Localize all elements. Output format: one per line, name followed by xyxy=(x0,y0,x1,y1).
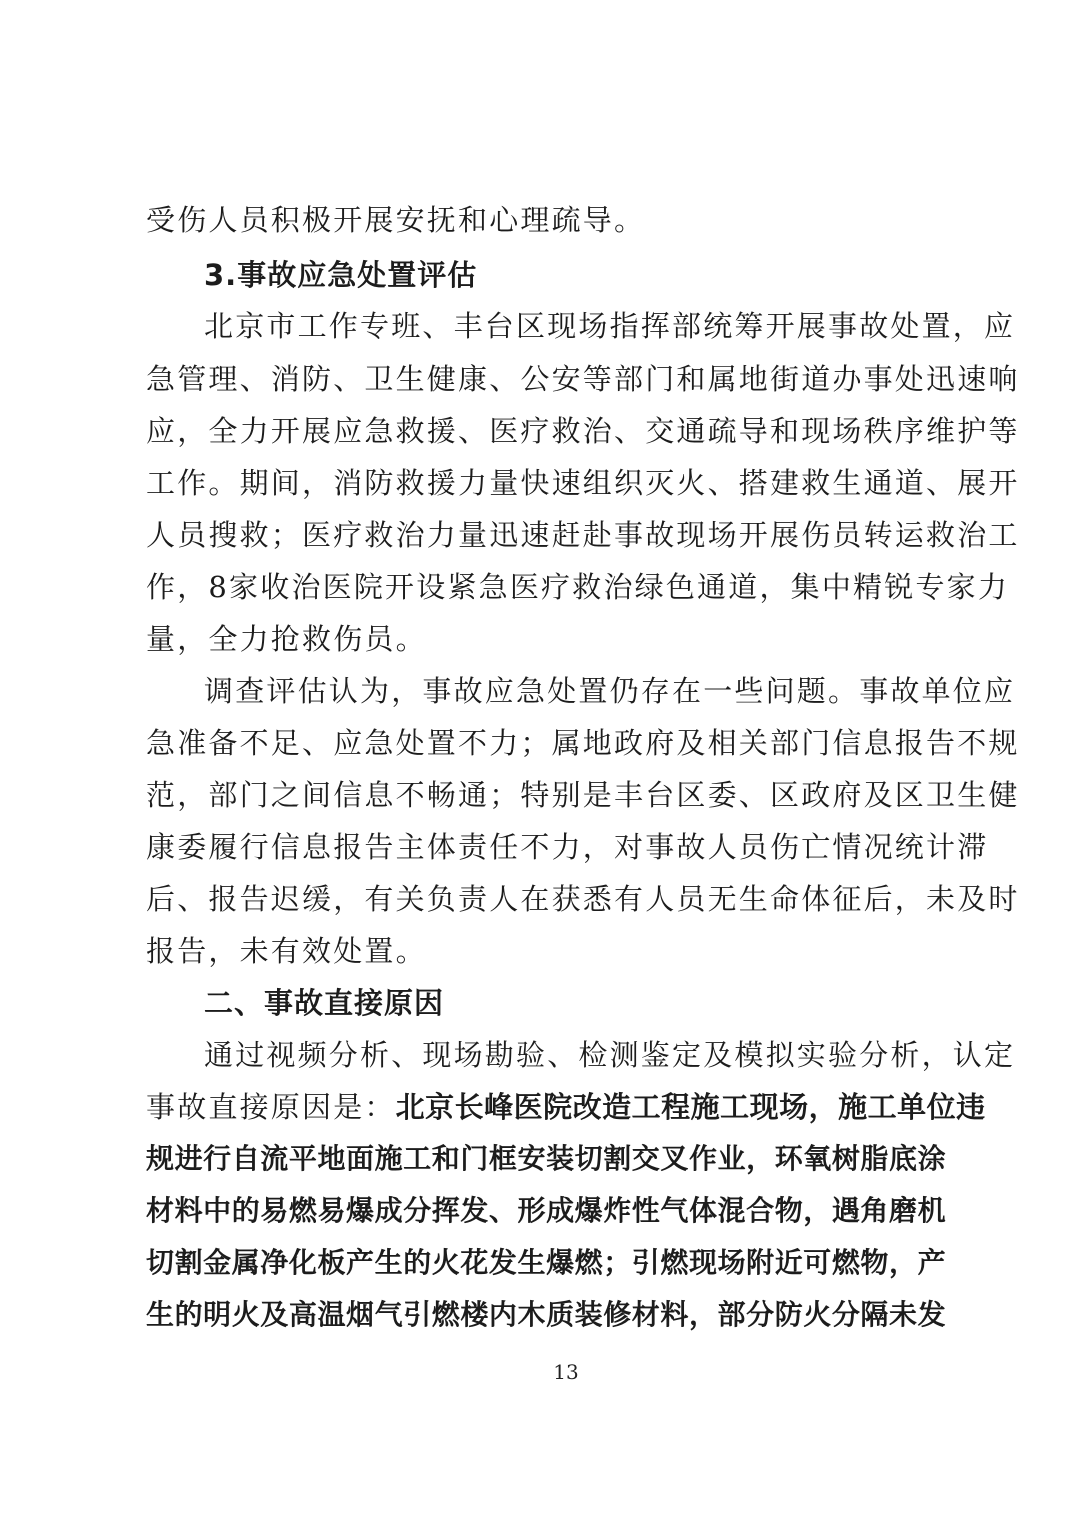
document-page: 受伤人员积极开展安抚和心理疏导。 3.事故应急处置评估 北京市工作专班、丰台区现… xyxy=(0,0,1080,1526)
emphasized-line: 生的明火及高温烟气引燃楼内木质装修材料，部分防火分隔未发 xyxy=(146,1295,946,1335)
paragraph-line: 受伤人员积极开展安抚和心理疏导。 xyxy=(146,200,946,240)
paragraph-line: 工作。期间，消防救援力量快速组织灭火、搭建救生通道、展开 xyxy=(146,463,946,503)
paragraph-line: 报告，未有效处置。 xyxy=(146,931,946,971)
paragraph-line: 范，部门之间信息不畅通；特别是丰台区委、区政府及区卫生健 xyxy=(146,775,946,815)
emphasized-line: 切割金属净化板产生的火花发生爆燃；引燃现场附近可燃物，产 xyxy=(146,1243,946,1283)
paragraph-line: 急准备不足、应急处置不力；属地政府及相关部门信息报告不规 xyxy=(146,723,946,763)
paragraph-line: 作，8家收治医院开设紧急医疗救治绿色通道，集中精锐专家力 xyxy=(146,567,946,607)
paragraph-line: 人员搜救；医疗救治力量迅速赶赴事故现场开展伤员转运救治工 xyxy=(146,515,946,555)
paragraph-line: 康委履行信息报告主体责任不力，对事故人员伤亡情况统计滞 xyxy=(146,827,946,867)
paragraph-line-mixed: 事故直接原因是： 北京长峰医院改造工程施工现场，施工单位违 xyxy=(146,1087,946,1127)
paragraph-line: 北京市工作专班、丰台区现场指挥部统筹开展事故处置，应 xyxy=(204,306,946,346)
section-heading: 3.事故应急处置评估 xyxy=(204,255,946,295)
paragraph-line: 调查评估认为，事故应急处置仍存在一些问题。事故单位应 xyxy=(204,671,946,711)
paragraph-line: 量，全力抢救伤员。 xyxy=(146,619,946,659)
paragraph-line: 急管理、消防、卫生健康、公安等部门和属地街道办事处迅速响 xyxy=(146,359,946,399)
emphasized-line: 规进行自流平地面施工和门框安装切割交叉作业，环氧树脂底涂 xyxy=(146,1139,946,1179)
paragraph-line: 应，全力开展应急救援、医疗救治、交通疏导和现场秩序维护等 xyxy=(146,411,946,451)
emphasized-text-span: 北京长峰医院改造工程施工现场，施工单位违 xyxy=(396,1087,986,1127)
paragraph-line: 后、报告迟缓，有关负责人在获悉有人员无生命体征后，未及时 xyxy=(146,879,946,919)
paragraph-line: 通过视频分析、现场勘验、检测鉴定及模拟实验分析，认定 xyxy=(204,1035,946,1075)
emphasized-line: 材料中的易燃易爆成分挥发、形成爆炸性气体混合物，遇角磨机 xyxy=(146,1191,946,1231)
normal-text-span: 事故直接原因是： xyxy=(146,1087,396,1127)
section-heading: 二、事故直接原因 xyxy=(204,983,946,1023)
page-number: 13 xyxy=(26,1360,1080,1384)
